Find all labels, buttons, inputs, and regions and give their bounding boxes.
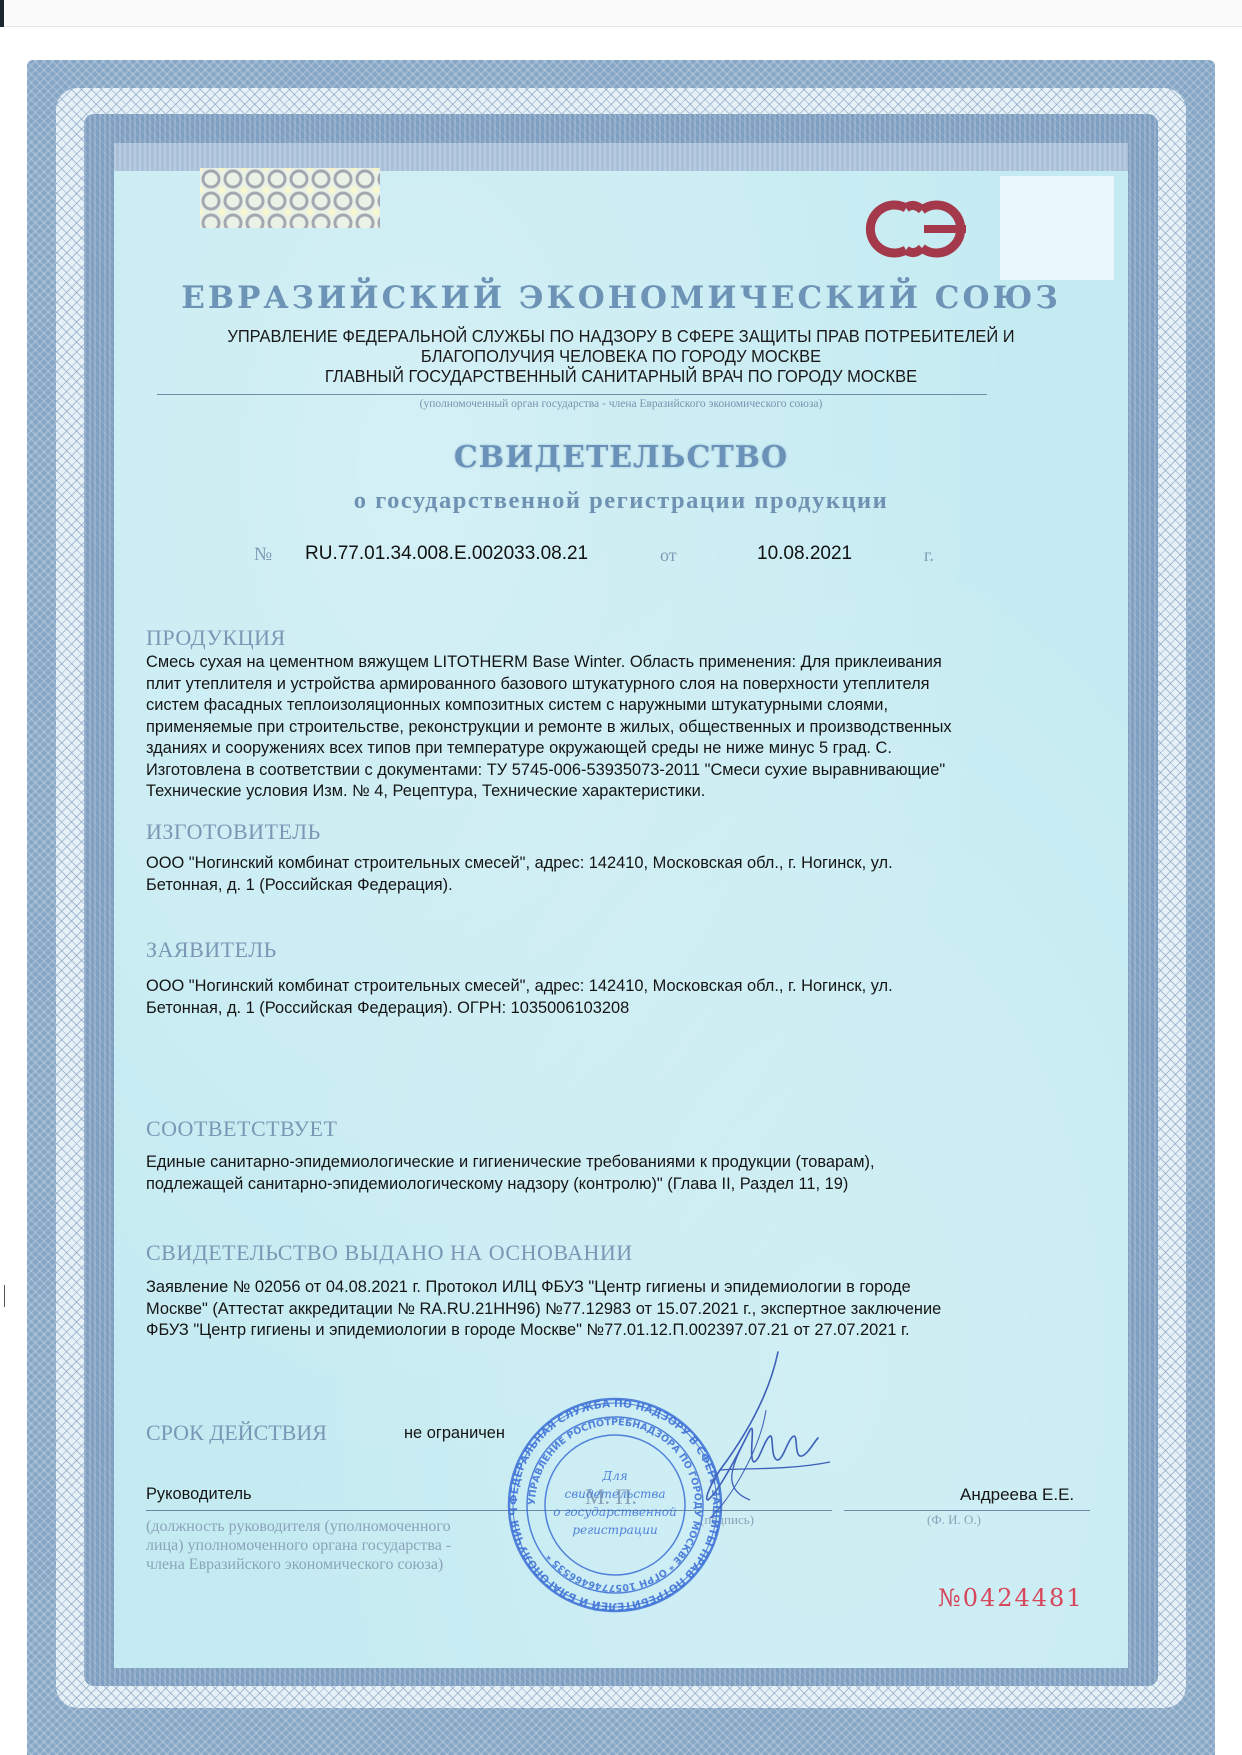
certificate-subtitle: о государственной регистрации продукции bbox=[0, 487, 1242, 515]
registration-number: RU.77.01.34.008.E.002033.08.21 bbox=[305, 543, 588, 565]
text-line: ФБУЗ "Центр гигиены и эпидемиологии в го… bbox=[146, 1320, 1086, 1342]
text-line: Единые санитарно-эпидемиологические и ги… bbox=[146, 1152, 1086, 1174]
validity-label: СРОК ДЕЙСТВИЯ bbox=[146, 1420, 327, 1446]
from-label: от bbox=[660, 545, 677, 566]
text-line: ООО "Ногинский комбинат строительных сме… bbox=[146, 976, 1086, 998]
text-line: систем фасадных теплоизоляционных композ… bbox=[146, 695, 1086, 717]
signatory-name: Андреева Е.Е. bbox=[960, 1485, 1074, 1505]
text-line: Заявление № 02056 от 04.08.2021 г. Прото… bbox=[146, 1277, 1086, 1299]
scan-margin-top bbox=[0, 0, 1242, 27]
conforms-details: Единые санитарно-эпидемиологические и ги… bbox=[146, 1152, 1086, 1195]
form-serial-number: №0424481 bbox=[938, 1584, 1084, 1612]
issuing-authority: УПРАВЛЕНИЕ ФЕДЕРАЛЬНОЙ СЛУЖБЫ ПО НАДЗОРУ… bbox=[178, 326, 1063, 386]
manufacturer-heading: ИЗГОТОВИТЕЛЬ bbox=[146, 819, 321, 845]
number-sign: № bbox=[254, 544, 272, 566]
authority-line: ГЛАВНЫЙ ГОСУДАРСТВЕННЫЙ САНИТАРНЫЙ ВРАЧ … bbox=[178, 366, 1063, 386]
text-line: Изготовлена в соответствии с документами… bbox=[146, 760, 1086, 782]
scan-mark bbox=[4, 1285, 5, 1307]
text-line: плит утеплителя и устройства армированно… bbox=[146, 674, 1086, 696]
text-line: ООО "Ногинский комбинат строительных сме… bbox=[146, 853, 1086, 875]
hologram-icon bbox=[200, 168, 380, 228]
divider bbox=[157, 394, 987, 395]
applicant-heading: ЗАЯВИТЕЛЬ bbox=[146, 937, 277, 963]
scan-edge bbox=[0, 0, 4, 27]
handwritten-signature-icon bbox=[690, 1350, 840, 1520]
authority-line: БЛАГОПОЛУЧИЯ ЧЕЛОВЕКА ПО ГОРОДУ МОСКВЕ bbox=[178, 346, 1063, 366]
svg-text:о государственной: о государственной bbox=[553, 1505, 676, 1519]
name-caption: (Ф. И. О.) bbox=[927, 1512, 981, 1528]
name-line bbox=[844, 1510, 1090, 1511]
authority-line: УПРАВЛЕНИЕ ФЕДЕРАЛЬНОЙ СЛУЖБЫ ПО НАДЗОРУ… bbox=[178, 326, 1063, 346]
text-line: применяемые при строительстве, реконстру… bbox=[146, 717, 1086, 739]
basis-details: Заявление № 02056 от 04.08.2021 г. Прото… bbox=[146, 1277, 1086, 1342]
text-line: зданиях и сооружениях всех типов при тем… bbox=[146, 738, 1086, 760]
text-line: Москве" (Аттестат аккредитации № RA.RU.2… bbox=[146, 1299, 1086, 1321]
svg-text:Для: Для bbox=[601, 1469, 627, 1483]
year-label: г. bbox=[924, 545, 934, 566]
conforms-heading: СООТВЕТСТВУЕТ bbox=[146, 1116, 337, 1142]
registration-row: № RU.77.01.34.008.E.002033.08.21 от 10.0… bbox=[0, 542, 1242, 572]
applicant-details: ООО "Ногинский комбинат строительных сме… bbox=[146, 976, 1086, 1019]
microprint-strip bbox=[114, 143, 1128, 171]
text-line: Смесь сухая на цементном вяжущем LITOTHE… bbox=[146, 652, 1086, 674]
product-heading: ПРОДУКЦИЯ bbox=[146, 625, 286, 651]
text-line: Бетонная, д. 1 (Российская Федерация). bbox=[146, 875, 1086, 897]
svg-text:свидетельства: свидетельства bbox=[564, 1487, 665, 1501]
watermark-area bbox=[1000, 176, 1114, 280]
svg-text:регистрации: регистрации bbox=[572, 1523, 657, 1537]
manufacturer-details: ООО "Ногинский комбинат строительных сме… bbox=[146, 853, 1086, 896]
union-title: ЕВРАЗИЙСКИЙ ЭКОНОМИЧЕСКИЙ СОЮЗ bbox=[0, 280, 1242, 316]
certificate-title: СВИДЕТЕЛЬСТВО bbox=[0, 440, 1242, 475]
text-line: подлежащей санитарно-эпидемиологическому… bbox=[146, 1174, 1086, 1196]
product-description: Смесь сухая на цементном вяжущем LITOTHE… bbox=[146, 652, 1086, 803]
signatory-role: Руководитель bbox=[146, 1485, 252, 1504]
text-line: Бетонная, д. 1 (Российская Федерация). О… bbox=[146, 998, 1086, 1020]
text-line: Технические условия Изм. № 4, Рецептура,… bbox=[146, 781, 1086, 803]
registration-date: 10.08.2021 bbox=[757, 543, 852, 565]
authority-note: (уполномоченный орган государства - член… bbox=[0, 398, 1242, 410]
basis-heading: СВИДЕТЕЛЬСТВО ВЫДАНО НА ОСНОВАНИИ bbox=[146, 1240, 633, 1266]
eac-logo-icon bbox=[862, 196, 972, 262]
